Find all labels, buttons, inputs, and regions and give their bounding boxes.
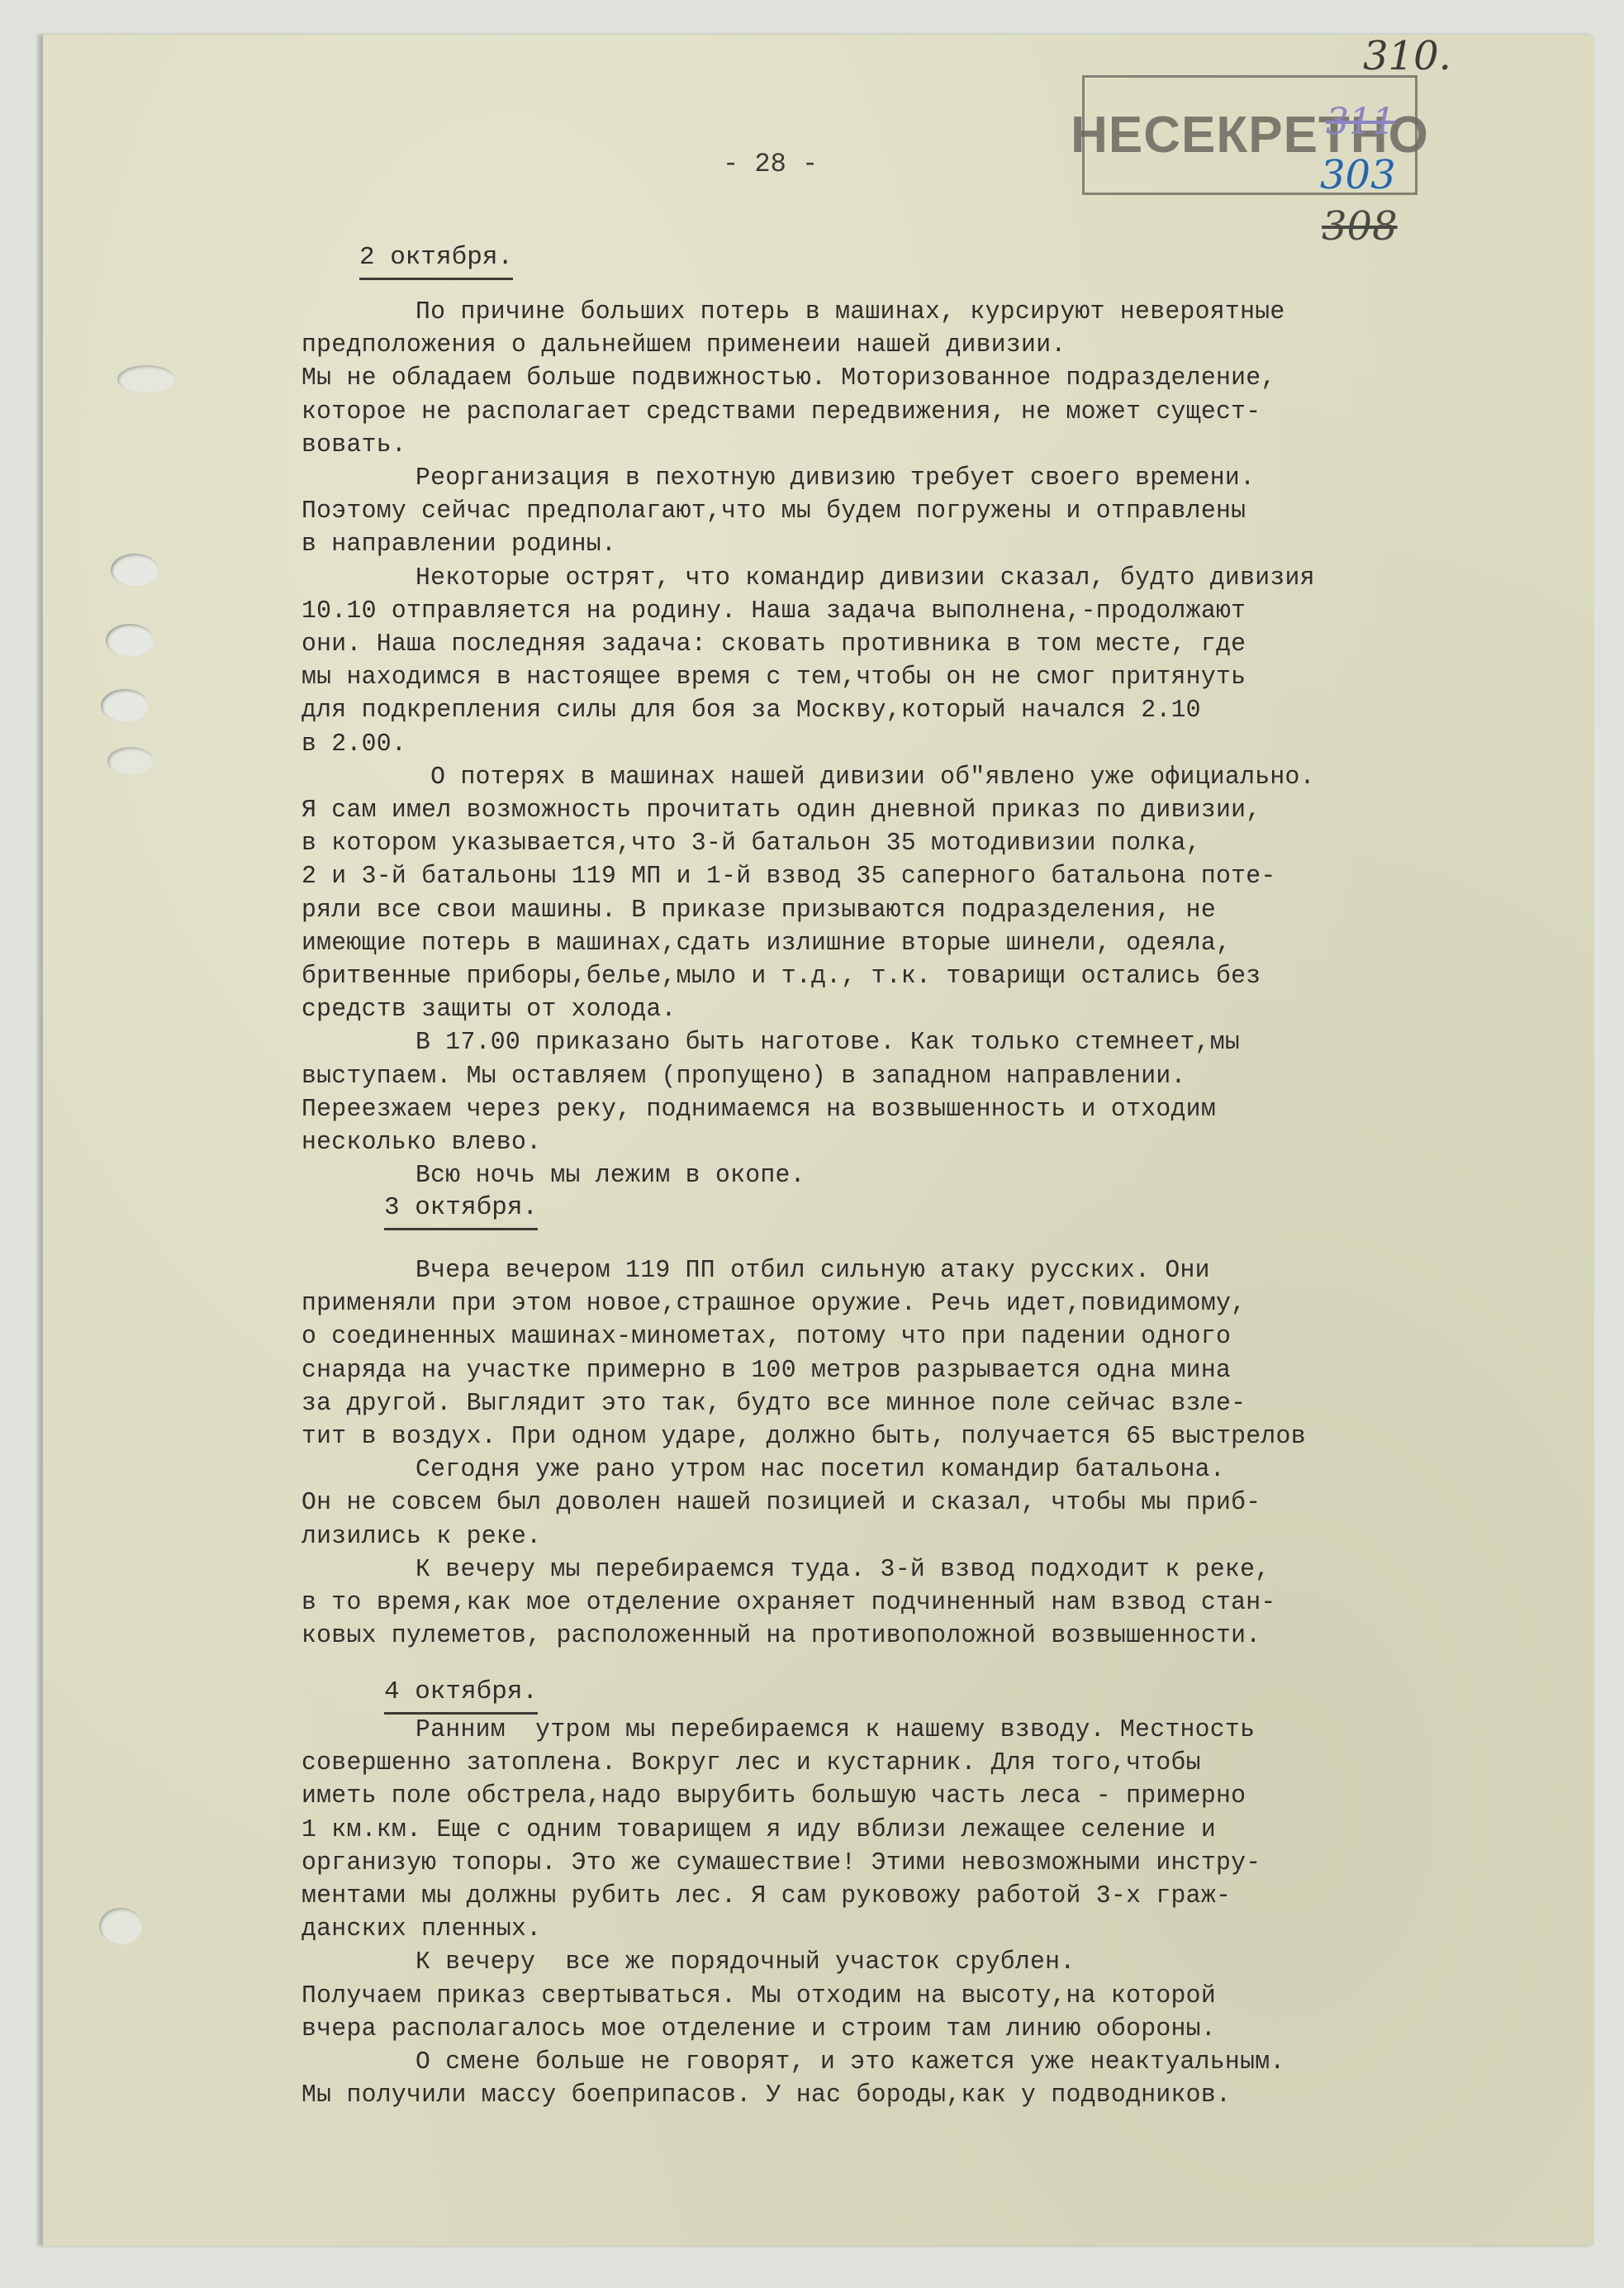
text-line: Переезжаем через реку, поднимаемся на во… [302,1093,1216,1126]
text-line: По причине больших потерь в машинах, кур… [415,296,1285,329]
text-line: снаряда на участке примерно в 100 метров… [302,1354,1231,1387]
text-line: в направлении родины. [302,528,616,561]
archive-number-struck-violet: 311 [1326,101,1395,143]
text-line: они. Наша последняя задача: сковать прот… [302,628,1246,661]
archive-number-struck-pencil: 308 [1322,203,1398,250]
punch-hole [101,689,149,722]
text-line: для подкрепления силы для боя за Москву,… [302,694,1201,727]
text-line: тит в воздух. При одном ударе, должно бы… [302,1420,1306,1453]
archive-number-blue: 303 [1320,152,1396,198]
punch-hole [117,365,175,393]
text-line: организую топоры. Это же сумашествие! Эт… [302,1847,1261,1880]
text-line: Некоторые острят, что командир дивизии с… [415,562,1315,595]
text-line: средств защиты от холода. [302,993,677,1026]
text-line: применяли при этом новое,страшное оружие… [302,1287,1246,1320]
text-line: в то время,как мое отделение охраняет по… [302,1586,1276,1620]
text-line: бритвенные приборы,белье,мыло и т.д., т.… [302,960,1261,993]
text-line: в котором указывается,что 3-й батальон 3… [302,827,1201,860]
text-line: ковых пулеметов, расположенный на против… [302,1620,1261,1653]
text-line: ряли все свои машины. В приказе призываю… [302,894,1216,927]
punch-hole [107,747,154,775]
text-line: данских пленных. [302,1913,541,1946]
text-line: Мы не обладаем больше подвижностью. Мото… [302,362,1276,395]
text-line: предположения о дальнейшем применеии наш… [302,329,1066,362]
page-number: - 28 - [723,149,818,179]
text-line: 1 км.км. Еще с одним товарищем я иду вбл… [302,1814,1216,1847]
text-line: Реорганизация в пехотную дивизию требует… [415,462,1255,495]
text-line: совершенно затоплена. Вокруг лес и куста… [302,1747,1201,1780]
punch-hole [111,554,159,587]
section-date-heading: 3 октября. [384,1192,538,1230]
text-line: в 2.00. [302,728,406,761]
text-line: Он не совсем был доволен нашей позицией … [302,1486,1261,1520]
section-date-heading: 4 октября. [384,1676,538,1715]
text-line: Получаем приказ свертываться. Мы отходим… [302,1980,1216,2013]
text-line: вовать. [302,429,406,462]
text-line: которое не располагает средствами передв… [302,396,1261,429]
text-line: К вечеру мы перебираемся туда. 3-й взвод… [415,1553,1270,1586]
text-line: Мы получили массу боеприпасов. У нас бор… [302,2079,1231,2112]
text-line: о соединенных машинах-минометах, потому … [302,1320,1231,1353]
text-line: О потерях в машинах нашей дивизии об"явл… [415,761,1315,794]
text-line: Всю ночь мы лежим в окопе. [415,1159,805,1192]
text-line: лизились к реке. [302,1520,541,1553]
text-line: за другой. Выглядит это так, будто все м… [302,1387,1246,1420]
text-line: 2 и 3-й батальоны 119 МП и 1-й взвод 35 … [302,860,1276,893]
archive-number-current: 310. [1363,33,1451,79]
text-line: Сегодня уже рано утром нас посетил коман… [415,1453,1225,1486]
text-line: В 17.00 приказано быть наготове. Как тол… [415,1026,1240,1059]
text-line: мы находимся в настоящее время с тем,что… [302,661,1246,694]
text-line: Вчера вечером 119 ПП отбил сильную атаку… [415,1254,1210,1287]
text-line: вчера располагалось мое отделение и стро… [302,2013,1216,2046]
text-line: Я сам имел возможность прочитать один дн… [302,794,1261,827]
text-line: имеющие потерь в машинах,сдать излишние … [302,927,1231,960]
text-line: несколько влево. [302,1126,541,1159]
text-line: 10.10 отправляется на родину. Наша задач… [302,595,1246,628]
text-line: иметь поле обстрела,надо вырубить большу… [302,1780,1246,1813]
text-line: К вечеру все же порядочный участок срубл… [415,1946,1075,1979]
punch-hole [106,624,154,657]
text-line: выступаем. Мы оставляем (пропущено) в за… [302,1060,1186,1093]
section-date-heading: 2 октября. [359,241,513,280]
punch-hole [99,1908,142,1944]
text-line: Поэтому сейчас предполагают,что мы будем… [302,495,1246,528]
text-line: Ранним утром мы перебираемся к нашему вз… [415,1714,1255,1747]
text-line: О смене больше не говорят, и это кажется… [415,2046,1285,2079]
text-line: ментами мы должны рубить лес. Я сам руко… [302,1880,1231,1913]
